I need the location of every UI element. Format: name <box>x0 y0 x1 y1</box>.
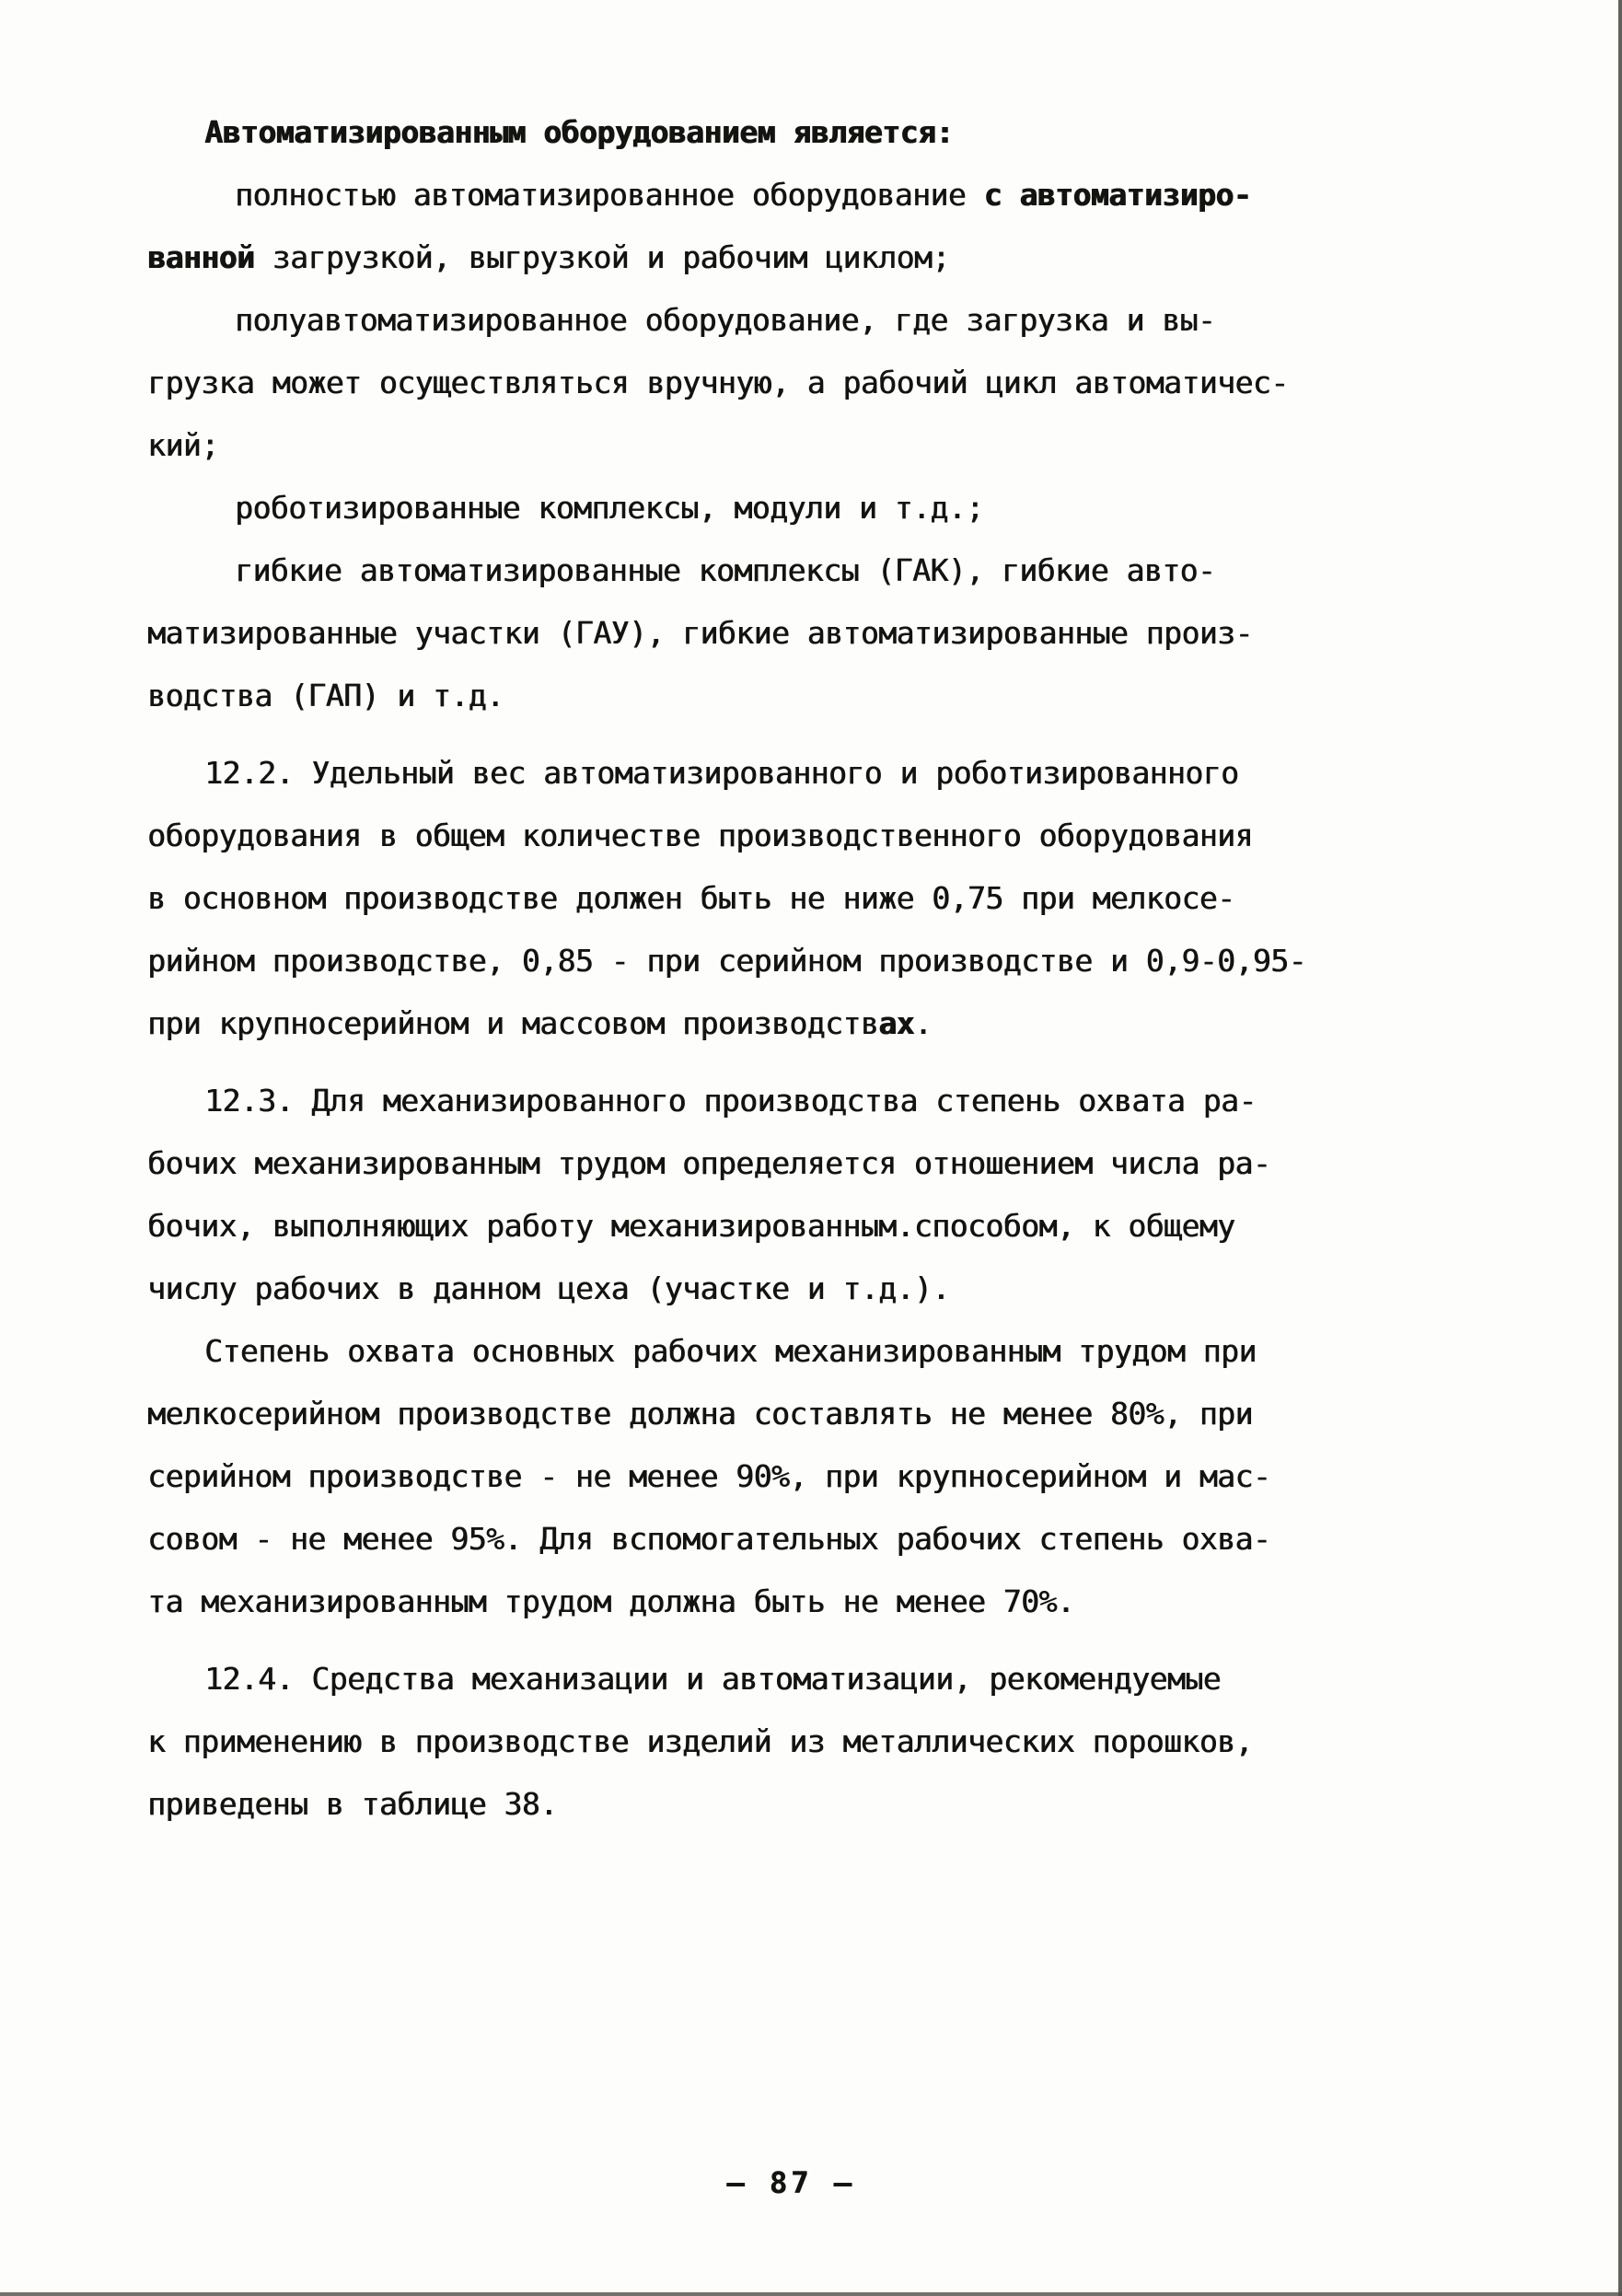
text-segment: гибкие автоматизированные комплексы (ГАК… <box>235 552 1215 588</box>
text-line: водства (ГАП) и т.д. <box>147 665 1510 727</box>
text-segment: рийном производстве, 0,85 - при серийном… <box>147 943 1306 979</box>
text-line: полностью автоматизированное оборудовани… <box>147 164 1510 226</box>
page-number: — 87 — <box>0 2165 1622 2200</box>
text-segment: матизированные участки (ГАУ), гибкие авт… <box>147 615 1253 651</box>
text-line: к применению в производстве изделий из м… <box>147 1710 1510 1773</box>
text-line: гибкие автоматизированные комплексы (ГАК… <box>147 539 1510 602</box>
text-line: в основном производстве должен быть не н… <box>147 867 1510 930</box>
text-segment: в основном производстве должен быть не н… <box>147 880 1234 916</box>
text-line: 12.3. Для механизированного производства… <box>147 1070 1510 1132</box>
paragraph-item-robotic-complexes: роботизированные комплексы, модули и т.д… <box>147 477 1510 539</box>
text-line: 12.2. Удельный вес автоматизированного и… <box>147 742 1510 805</box>
paragraph-intro: Автоматизированным оборудованием являетс… <box>147 101 1510 164</box>
bold-text-segment: с автоматизиро- <box>983 177 1251 213</box>
text-segment: та механизированным трудом должна быть н… <box>147 1583 1074 1619</box>
text-line: оборудования в общем количестве производ… <box>147 805 1510 867</box>
text-line: матизированные участки (ГАУ), гибкие авт… <box>147 602 1510 665</box>
text-line: числу рабочих в данном цеха (участке и т… <box>147 1258 1510 1320</box>
text-segment: Степень охвата основных рабочих механизи… <box>204 1333 1257 1369</box>
text-segment: 12.4. Средства механизации и автоматизац… <box>204 1661 1221 1697</box>
text-content: Автоматизированным оборудованием являетс… <box>147 101 1510 1836</box>
text-segment: бочих, выполняющих работу механизированн… <box>147 1208 1234 1244</box>
bold-text-segment: Автоматизированным оборудованием являетс… <box>204 114 953 150</box>
text-line: совом - не менее 95%. Для вспомогательны… <box>147 1508 1510 1571</box>
text-line: при крупносерийном и массовом производст… <box>147 992 1510 1055</box>
text-segment: к применению в производстве изделий из м… <box>147 1723 1253 1759</box>
paragraph-section-12-2: 12.2. Удельный вес автоматизированного и… <box>147 742 1510 1055</box>
text-segment: грузка может осуществляться вручную, а р… <box>147 365 1289 400</box>
text-segment: приведены в таблице 38. <box>147 1786 557 1822</box>
text-segment: кий; <box>147 427 218 463</box>
text-line: Степень охвата основных рабочих механизи… <box>147 1320 1510 1383</box>
scan-edge-bottom <box>0 2292 1622 2296</box>
text-segment: полностью автоматизированное оборудовани… <box>235 177 983 213</box>
text-line: Автоматизированным оборудованием являетс… <box>147 101 1510 164</box>
text-line: бочих механизированным трудом определяет… <box>147 1132 1510 1195</box>
text-segment: загрузкой, выгрузкой и рабочим циклом; <box>254 239 949 275</box>
text-segment: оборудования в общем количестве производ… <box>147 818 1253 853</box>
paragraph-section-12-4: 12.4. Средства механизации и автоматизац… <box>147 1648 1510 1836</box>
text-line: мелкосерийном производстве должна состав… <box>147 1383 1510 1445</box>
text-segment: серийном производстве - не менее 90%, пр… <box>147 1458 1270 1494</box>
text-line: бочих, выполняющих работу механизированн… <box>147 1195 1510 1258</box>
text-segment: при крупносерийном и массовом производст… <box>147 1005 878 1041</box>
text-segment: бочих механизированным трудом определяет… <box>147 1145 1270 1181</box>
text-segment: совом - не менее 95%. Для вспомогательны… <box>147 1521 1270 1557</box>
text-line: серийном производстве - не менее 90%, пр… <box>147 1445 1510 1508</box>
paragraph-para-coverage-degree: Степень охвата основных рабочих механизи… <box>147 1320 1510 1633</box>
paragraph-section-12-3: 12.3. Для механизированного производства… <box>147 1070 1510 1320</box>
text-segment: числу рабочих в данном цеха (участке и т… <box>147 1270 950 1306</box>
text-line: роботизированные комплексы, модули и т.д… <box>147 477 1510 539</box>
bold-text-segment: ах <box>878 1005 914 1041</box>
paragraph-item-flexible-complexes: гибкие автоматизированные комплексы (ГАК… <box>147 539 1510 727</box>
text-segment: . <box>914 1005 932 1041</box>
text-line: 12.4. Средства механизации и автоматизац… <box>147 1648 1510 1710</box>
text-line: приведены в таблице 38. <box>147 1773 1510 1836</box>
paragraph-item-fully-automated: полностью автоматизированное оборудовани… <box>147 164 1510 289</box>
scanned-document-page: Автоматизированным оборудованием являетс… <box>0 0 1622 2296</box>
text-segment: водства (ГАП) и т.д. <box>147 678 504 713</box>
scan-edge-right <box>1618 0 1622 2296</box>
text-segment: 12.2. Удельный вес автоматизированного и… <box>204 755 1238 791</box>
text-line: полуавтоматизированное оборудование, где… <box>147 289 1510 352</box>
bold-text-segment: ванной <box>147 239 254 275</box>
text-line: кий; <box>147 414 1510 477</box>
paragraph-item-semi-automated: полуавтоматизированное оборудование, где… <box>147 289 1510 477</box>
text-line: рийном производстве, 0,85 - при серийном… <box>147 930 1510 992</box>
text-segment: 12.3. Для механизированного производства… <box>204 1083 1257 1119</box>
text-segment: роботизированные комплексы, модули и т.д… <box>235 490 983 526</box>
text-line: ванной загрузкой, выгрузкой и рабочим ци… <box>147 226 1510 289</box>
text-segment: полуавтоматизированное оборудование, где… <box>235 302 1215 338</box>
text-line: грузка может осуществляться вручную, а р… <box>147 352 1510 414</box>
text-line: та механизированным трудом должна быть н… <box>147 1571 1510 1633</box>
text-segment: мелкосерийном производстве должна состав… <box>147 1396 1253 1432</box>
